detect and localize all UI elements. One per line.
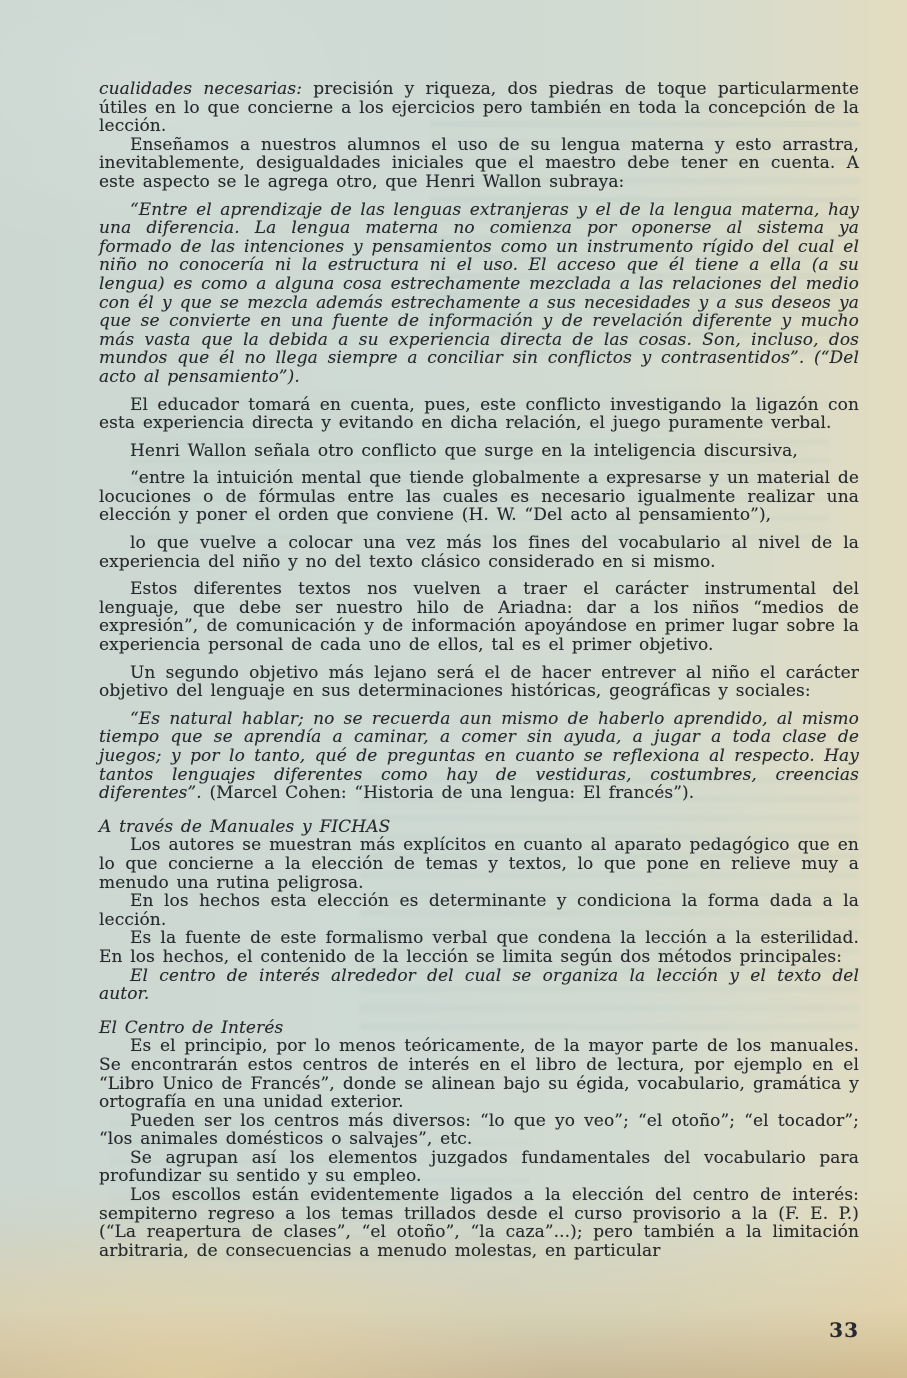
quote-attribution: (Marcel Cohen: “Historia de una lengua: … bbox=[209, 783, 694, 803]
block-quote-cohen: “Es natural hablar; no se recuerda aun m… bbox=[99, 710, 859, 803]
paragraph: Es la fuente de este formalismo verbal q… bbox=[99, 929, 859, 966]
scanned-book-page: cualidades necesarias: precisión y rique… bbox=[0, 0, 907, 1378]
paragraph: Henri Wallon señala otro conflicto que s… bbox=[99, 442, 859, 461]
paragraph: Los autores se muestran más explícitos e… bbox=[99, 836, 859, 892]
italic-lead: cualidades necesarias: bbox=[99, 79, 302, 99]
paragraph: Los escollos están evidentemente ligados… bbox=[99, 1186, 859, 1260]
paragraph: En los hechos esta elección es determina… bbox=[99, 892, 859, 929]
paragraph: Se agrupan así los elementos juzgados fu… bbox=[99, 1149, 859, 1186]
page-text-column: cualidades necesarias: precisión y rique… bbox=[99, 80, 859, 1260]
paragraph: Pueden ser los centros más diversos: “lo… bbox=[99, 1112, 859, 1149]
paragraph: Enseñamos a nuestros alumnos el uso de s… bbox=[99, 136, 859, 192]
section-heading-manuales-y-fichas: A través de Manuales y FICHAS bbox=[99, 818, 859, 837]
paragraph: Un segundo objetivo más lejano será el d… bbox=[99, 664, 859, 701]
block-quote-wallon-2: “entre la intuición mental que tiende gl… bbox=[99, 469, 859, 525]
paragraph-italic: El centro de interés alrededor del cual … bbox=[99, 967, 859, 1004]
paragraph: Estos diferentes textos nos vuelven a tr… bbox=[99, 580, 859, 654]
paragraph-continuation: cualidades necesarias: precisión y rique… bbox=[99, 80, 859, 136]
paragraph: El educador tomará en cuenta, pues, este… bbox=[99, 396, 859, 433]
section-heading-centro-de-interes: El Centro de Interés bbox=[99, 1019, 859, 1038]
page-number: 33 bbox=[99, 1318, 859, 1342]
paragraph: lo que vuelve a colocar una vez más los … bbox=[99, 534, 859, 571]
block-quote-wallon: “Entre el aprendizaje de las lenguas ext… bbox=[99, 201, 859, 387]
paragraph: Es el principio, por lo menos teóricamen… bbox=[99, 1037, 859, 1111]
